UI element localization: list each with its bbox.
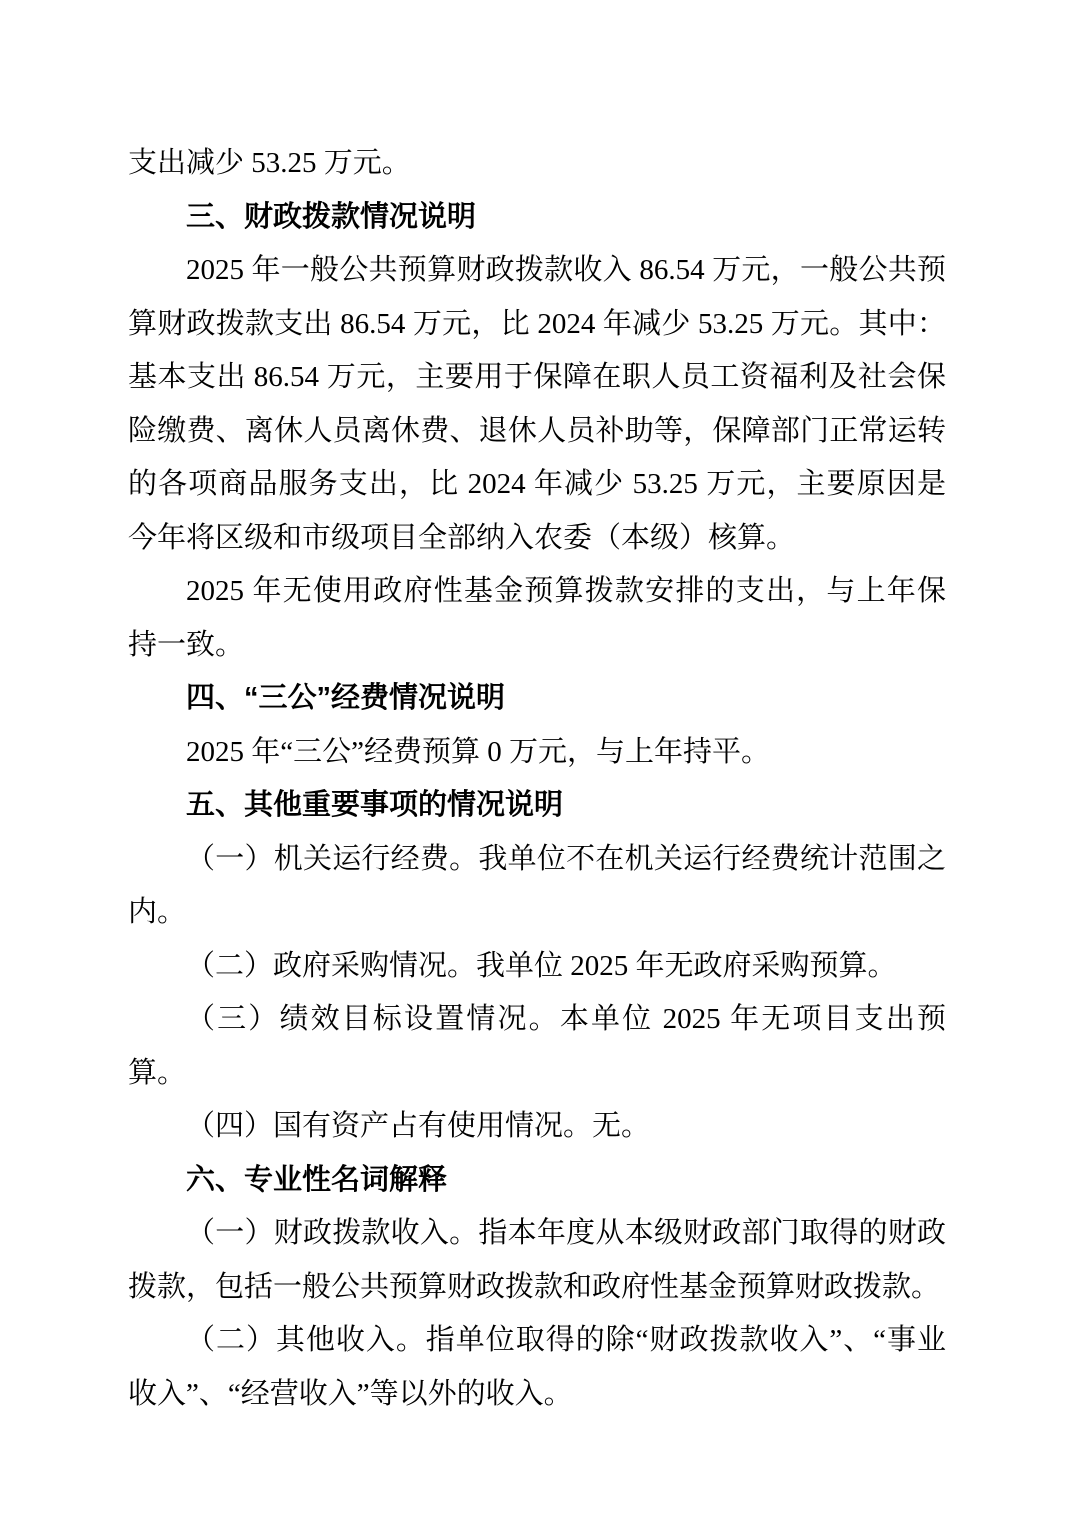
heading-section-six-terminology: 六、专业性名词解释 [128, 1154, 946, 1208]
heading-section-four-three-public-expenses: 四、“三公”经费情况说明 [128, 672, 946, 726]
document-content: 支出减少 53.25 万元。 三、财政拨款情况说明 2025 年一般公共预算财政… [128, 137, 946, 1421]
para-term-1-fiscal-appropriation-income: （一）财政拨款收入。指本年度从本级财政部门取得的财政拨款，包括一般公共预算财政拨… [128, 1207, 946, 1314]
heading-section-three-fiscal-appropriation: 三、财政拨款情况说明 [128, 191, 946, 245]
para-fiscal-appropriation-detail: 2025 年一般公共预算财政拨款收入 86.54 万元，一般公共预算财政拨款支出… [128, 244, 946, 565]
para-three-public-expenses-budget: 2025 年“三公”经费预算 0 万元，与上年持平。 [128, 726, 946, 780]
para-item-1-agency-operating-expenses: （一）机关运行经费。我单位不在机关运行经费统计范围之内。 [128, 833, 946, 940]
document-page: 支出减少 53.25 万元。 三、财政拨款情况说明 2025 年一般公共预算财政… [0, 0, 1074, 1520]
para-government-fund-budget: 2025 年无使用政府性基金预算拨款安排的支出，与上年保持一致。 [128, 565, 946, 672]
para-term-2-other-income: （二）其他收入。指单位取得的除“财政拨款收入”、“事业收入”、“经营收入”等以外… [128, 1314, 946, 1421]
para-item-3-performance-targets: （三）绩效目标设置情况。本单位 2025 年无项目支出预算。 [128, 993, 946, 1100]
continuation-line-expenditure-decrease: 支出减少 53.25 万元。 [128, 137, 946, 191]
para-item-4-state-owned-assets: （四）国有资产占有使用情况。无。 [128, 1100, 946, 1154]
para-item-2-government-procurement: （二）政府采购情况。我单位 2025 年无政府采购预算。 [128, 940, 946, 994]
heading-section-five-other-important-matters: 五、其他重要事项的情况说明 [128, 779, 946, 833]
